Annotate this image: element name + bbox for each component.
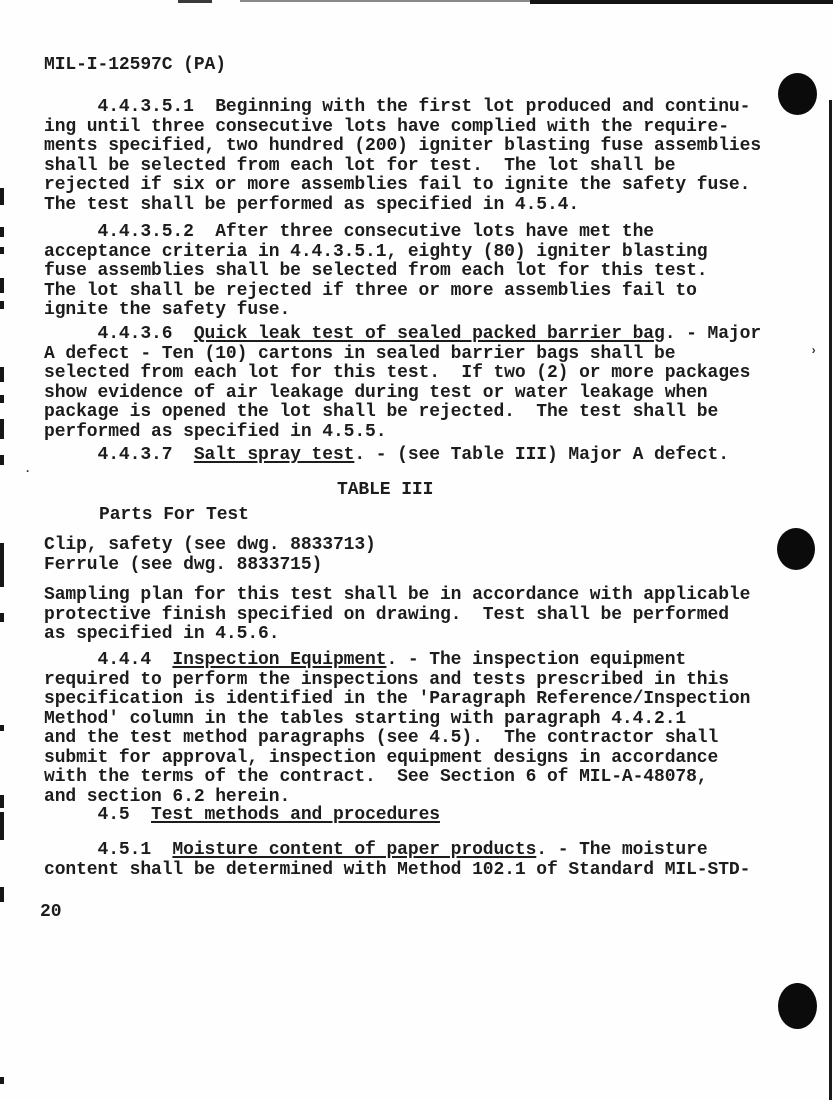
paragraph-text: . - The inspection equipment required to…	[44, 650, 750, 807]
scan-top-bar-segment	[178, 0, 212, 3]
table-iii-rows: Clip, safety (see dwg. 8833713) Ferrule …	[44, 536, 376, 575]
scan-tick	[0, 301, 4, 309]
scan-tick	[0, 1077, 4, 1084]
paragraph-4-4-3-5-2: 4.4.3.5.2 After three consecutive lots h…	[44, 223, 708, 321]
paragraph-heading: Inspection Equipment	[172, 650, 386, 670]
scan-tick	[0, 613, 4, 622]
paragraph-number: 4.4.3.6	[44, 324, 194, 344]
scan-tick	[0, 795, 4, 808]
paragraph-number: 4.4.4	[44, 650, 172, 670]
scan-tick	[0, 455, 4, 465]
scan-speck: ›	[810, 344, 817, 358]
scan-top-bar-segment	[530, 0, 833, 4]
paragraph-4-5: 4.5 Test methods and procedures	[44, 806, 440, 826]
paragraph-4-4-3-6: 4.4.3.6 Quick leak test of sealed packed…	[44, 325, 761, 442]
scan-tick	[0, 419, 4, 439]
scan-edge-line	[829, 100, 832, 1100]
scan-tick	[0, 278, 4, 293]
paragraph-sampling-plan: Sampling plan for this test shall be in …	[44, 586, 750, 645]
paragraph-heading: Test methods and procedures	[151, 805, 440, 825]
binder-hole-mark	[778, 73, 817, 115]
binder-hole-mark	[778, 983, 817, 1029]
paragraph-4-4-3-5-1: 4.4.3.5.1 Beginning with the first lot p…	[44, 98, 761, 215]
paragraph-4-5-1: 4.5.1 Moisture content of paper products…	[44, 841, 750, 880]
paragraph-text: . - (see Table III) Major A defect.	[354, 445, 729, 465]
table-iii-title: TABLE III	[337, 481, 433, 501]
paragraph-number: 4.5.1	[44, 840, 172, 860]
doc-id: MIL-I-12597C (PA)	[44, 56, 226, 76]
paragraph-4-4-4: 4.4.4 Inspection Equipment. - The inspec…	[44, 651, 750, 807]
paragraph-heading: Salt spray test	[194, 445, 355, 465]
paragraph-number: 4.4.3.7	[44, 445, 194, 465]
paragraph-number: 4.5	[44, 805, 151, 825]
binder-hole-mark	[777, 528, 815, 570]
paragraph-4-4-3-7: 4.4.3.7 Salt spray test. - (see Table II…	[44, 446, 729, 466]
scan-tick	[0, 188, 4, 205]
scan-tick	[0, 725, 4, 731]
paragraph-heading: Moisture content of paper products	[172, 840, 536, 860]
table-iii-caption: Parts For Test	[99, 506, 249, 526]
scan-top-bar-segment	[240, 0, 530, 2]
page-number: 20	[40, 903, 61, 923]
scan-tick	[0, 395, 4, 403]
scan-tick	[0, 543, 4, 587]
scan-tick	[0, 887, 4, 902]
scan-tick	[0, 227, 4, 237]
scan-tick	[0, 830, 4, 840]
scan-tick	[0, 247, 4, 254]
document-page: › . MIL-I-12597C (PA) 4.4.3.5.1 Beginnin…	[0, 0, 833, 1100]
paragraph-heading: Quick leak test of sealed packed barrier…	[194, 324, 665, 344]
scan-speck: .	[24, 462, 31, 476]
scan-tick	[0, 367, 4, 382]
